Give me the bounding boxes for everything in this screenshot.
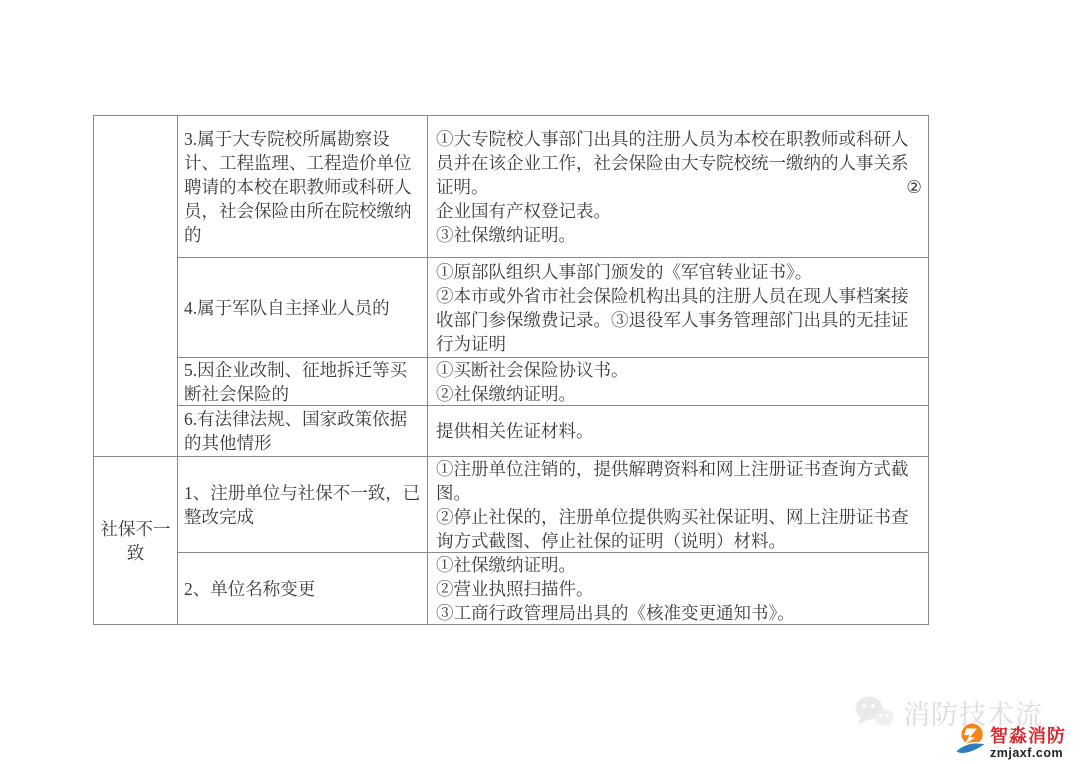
criteria-text: 2、单位名称变更 [184,577,315,601]
materials-text: 提供相关佐证材料。 [436,419,922,443]
document-page: 3.属于大专院校所属勘察设计、工程监理、工程造价单位聘请的本校在职教师或科研人员… [0,0,1080,764]
material-item: ②社保缴纳证明。 [436,382,922,406]
material-item: ①社保缴纳证明。 [436,553,922,577]
materials-cell: ①大专院校人事部门出具的注册人员为本校在职教师或科研人员并在该企业工作，社会保险… [428,116,928,257]
material-item: 企业国有产权登记表。 [436,199,922,223]
group-rows: 3.属于大专院校所属勘察设计、工程监理、工程造价单位聘请的本校在职教师或科研人员… [178,116,928,456]
material-item: ③工商行政管理局出具的《核准变更通知书》。 [436,601,922,625]
materials-text: ①买断社会保险协议书。 ②社保缴纳证明。 [436,358,922,406]
materials-cell: 提供相关佐证材料。 [428,406,928,456]
table-group-shebao-mismatch: 社保不一致 1、注册单位与社保不一致，已整改完成 ①注册单位注销的，提供解聘资料… [94,456,928,624]
wechat-bubbles-icon [853,694,895,735]
materials-cell: ①注册单位注销的，提供解聘资料和网上注册证书查询方式截图。 ②停止社保的，注册单… [428,457,928,552]
group-label-cell [94,116,178,456]
materials-text: ①大专院校人事部门出具的注册人员为本校在职教师或科研人员并在该企业工作，社会保险… [436,127,922,247]
zhimiao-swoosh-icon [954,722,987,763]
group-rows: 1、注册单位与社保不一致，已整改完成 ①注册单位注销的，提供解聘资料和网上注册证… [178,457,928,624]
group-label-cell: 社保不一致 [94,457,178,624]
zhimiao-logo: 智淼消防 zmjaxf.com [954,722,1066,763]
criteria-text: 4.属于军队自主择业人员的 [184,296,390,320]
material-item: ②本市或外省市社会保险机构出具的注册人员在现人事档案接收部门参保缴费记录。③退役… [436,284,922,356]
criteria-text: 1、注册单位与社保不一致，已整改完成 [184,481,423,529]
materials-cell: ①原部队组织人事部门颁发的《军官转业证书》。 ②本市或外省市社会保险机构出具的注… [428,258,928,357]
logo-website: zmjaxf.com [990,746,1066,760]
material-item: ①大专院校人事部门出具的注册人员为本校在职教师或科研人员并在该企业工作，社会保险… [436,127,922,199]
materials-text: ①原部队组织人事部门颁发的《军官转业证书》。 ②本市或外省市社会保险机构出具的注… [436,260,922,356]
social-insurance-table: 3.属于大专院校所属勘察设计、工程监理、工程造价单位聘请的本校在职教师或科研人员… [93,115,929,625]
criteria-cell: 1、注册单位与社保不一致，已整改完成 [178,457,428,552]
material-item: ②停止社保的，注册单位提供购买社保证明、网上注册证书查询方式截图、停止社保的证明… [436,505,922,553]
material-item: ③社保缴纳证明。 [436,223,922,247]
material-item: ②营业执照扫描件。 [436,577,922,601]
table-row: 5.因企业改制、征地拆迁等买断社会保险的 ①买断社会保险协议书。 ②社保缴纳证明… [178,357,928,405]
criteria-cell: 3.属于大专院校所属勘察设计、工程监理、工程造价单位聘请的本校在职教师或科研人员… [178,116,428,257]
table-group-continuation: 3.属于大专院校所属勘察设计、工程监理、工程造价单位聘请的本校在职教师或科研人员… [94,116,928,456]
materials-text: ①社保缴纳证明。 ②营业执照扫描件。 ③工商行政管理局出具的《核准变更通知书》。 [436,553,922,625]
material-item: ①买断社会保险协议书。 [436,358,922,382]
table-row: 3.属于大专院校所属勘察设计、工程监理、工程造价单位聘请的本校在职教师或科研人员… [178,116,928,257]
criteria-text: 3.属于大专院校所属勘察设计、工程监理、工程造价单位聘请的本校在职教师或科研人员… [184,127,423,247]
criteria-cell: 2、单位名称变更 [178,553,428,624]
criteria-text: 6.有法律法规、国家政策依据的其他情形 [184,407,423,455]
materials-cell: ①买断社会保险协议书。 ②社保缴纳证明。 [428,358,928,405]
criteria-cell: 6.有法律法规、国家政策依据的其他情形 [178,406,428,456]
criteria-cell: 4.属于军队自主择业人员的 [178,258,428,357]
material-item: ①注册单位注销的，提供解聘资料和网上注册证书查询方式截图。 [436,457,922,505]
table-row: 2、单位名称变更 ①社保缴纳证明。 ②营业执照扫描件。 ③工商行政管理局出具的《… [178,552,928,624]
materials-text: ①注册单位注销的，提供解聘资料和网上注册证书查询方式截图。 ②停止社保的，注册单… [436,457,922,553]
group-label: 社保不一致 [99,517,172,565]
material-paragraph: ①大专院校人事部门出具的注册人员为本校在职教师或科研人员并在该企业工作，社会保险… [436,129,909,197]
material-item: 提供相关佐证材料。 [436,419,922,443]
circled-2-mark: ② [906,175,922,199]
criteria-cell: 5.因企业改制、征地拆迁等买断社会保险的 [178,358,428,405]
table-row: 1、注册单位与社保不一致，已整改完成 ①注册单位注销的，提供解聘资料和网上注册证… [178,457,928,552]
material-item: ①原部队组织人事部门颁发的《军官转业证书》。 [436,260,922,284]
materials-cell: ①社保缴纳证明。 ②营业执照扫描件。 ③工商行政管理局出具的《核准变更通知书》。 [428,553,928,624]
logo-company-name: 智淼消防 [990,726,1066,746]
table-row: 4.属于军队自主择业人员的 ①原部队组织人事部门颁发的《军官转业证书》。 ②本市… [178,257,928,357]
criteria-text: 5.因企业改制、征地拆迁等买断社会保险的 [184,358,423,406]
table-row: 6.有法律法规、国家政策依据的其他情形 提供相关佐证材料。 [178,405,928,456]
